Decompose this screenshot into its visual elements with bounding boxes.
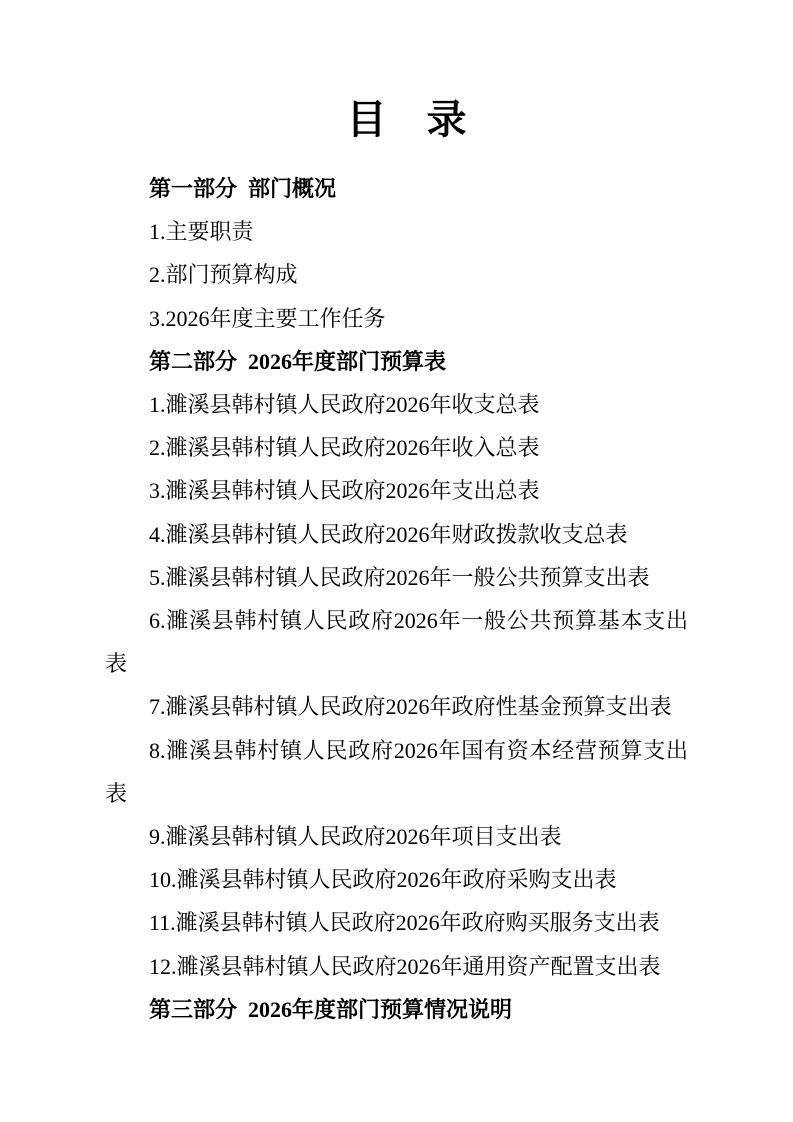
section-3-heading: 第三部分 2026年度部门预算情况说明: [105, 988, 688, 1031]
page-title: 目 录: [105, 0, 688, 146]
toc-item: 12.濉溪县韩村镇人民政府2026年通用资产配置支出表: [105, 945, 688, 988]
toc-item: 10.濉溪县韩村镇人民政府2026年政府采购支出表: [105, 858, 688, 901]
toc-item: 8.濉溪县韩村镇人民政府2026年国有资本经营预算支出表: [105, 729, 688, 815]
section-2-heading: 第二部分 2026年度部门预算表: [105, 340, 688, 383]
toc-item: 1.主要职责: [105, 210, 688, 253]
section-1-heading: 第一部分 部门概况: [105, 167, 688, 210]
toc-item: 3.濉溪县韩村镇人民政府2026年支出总表: [105, 469, 688, 512]
toc-item: 2.濉溪县韩村镇人民政府2026年收入总表: [105, 426, 688, 469]
toc-item: 3.2026年度主要工作任务: [105, 297, 688, 340]
toc-item: 6.濉溪县韩村镇人民政府2026年一般公共预算基本支出表: [105, 599, 688, 685]
toc-item: 5.濉溪县韩村镇人民政府2026年一般公共预算支出表: [105, 556, 688, 599]
toc-item: 11.濉溪县韩村镇人民政府2026年政府购买服务支出表: [105, 901, 688, 944]
toc-item: 7.濉溪县韩村镇人民政府2026年政府性基金预算支出表: [105, 685, 688, 728]
toc-item: 4.濉溪县韩村镇人民政府2026年财政拨款收支总表: [105, 513, 688, 556]
toc-item: 2.部门预算构成: [105, 253, 688, 296]
table-of-contents: 第一部分 部门概况 1.主要职责 2.部门预算构成 3.2026年度主要工作任务…: [105, 167, 688, 1031]
document-page: 目 录 第一部分 部门概况 1.主要职责 2.部门预算构成 3.2026年度主要…: [0, 0, 793, 1122]
toc-item: 1.濉溪县韩村镇人民政府2026年收支总表: [105, 383, 688, 426]
toc-item: 9.濉溪县韩村镇人民政府2026年项目支出表: [105, 815, 688, 858]
